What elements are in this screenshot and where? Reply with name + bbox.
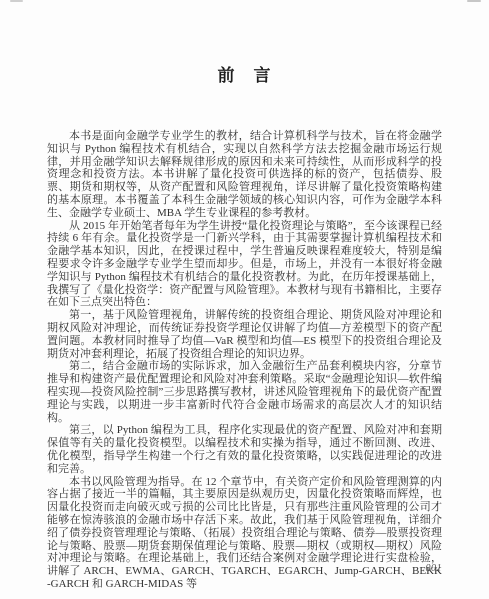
scan-artifact-left: [10, 0, 23, 2]
book-page: 前 言 本书是面向金融学专业学生的教材，结合计算机科学与技术，旨在将金融学知识与…: [0, 0, 489, 599]
page-title: 前 言: [47, 66, 442, 86]
preface-paragraph: 从 2015 年开始笔者每年为学生讲授“量化投资理论与策略”，至今该课程已经持续…: [47, 220, 442, 310]
preface-body: 本书是面向金融学专业学生的教材，结合计算机科学与技术，旨在将金融学知识与 Pyt…: [47, 130, 442, 591]
preface-paragraph: 本书以风险管理为指导。在 12 个章节中，有关资产定价和风险管理测算的内容占据了…: [47, 476, 442, 591]
preface-paragraph: 本书是面向金融学专业学生的教材，结合计算机科学与技术，旨在将金融学知识与 Pyt…: [47, 130, 442, 220]
page-number: 001: [426, 563, 443, 574]
preface-paragraph: 第一，基于风险管理视角，讲解传统的投资组合理论、期货风险对冲理论和期权风险对冲理…: [47, 309, 442, 360]
preface-paragraph: 第三，以 Python 编程为工具，程序化实现最优的资产配置、风险对冲和套期保值…: [47, 424, 442, 475]
preface-paragraph: 第二，结合金融市场的实际诉求，加入金融衍生产品套利模块内容，分章节推导和构建资产…: [47, 360, 442, 424]
scan-artifact-right: [467, 0, 481, 2]
